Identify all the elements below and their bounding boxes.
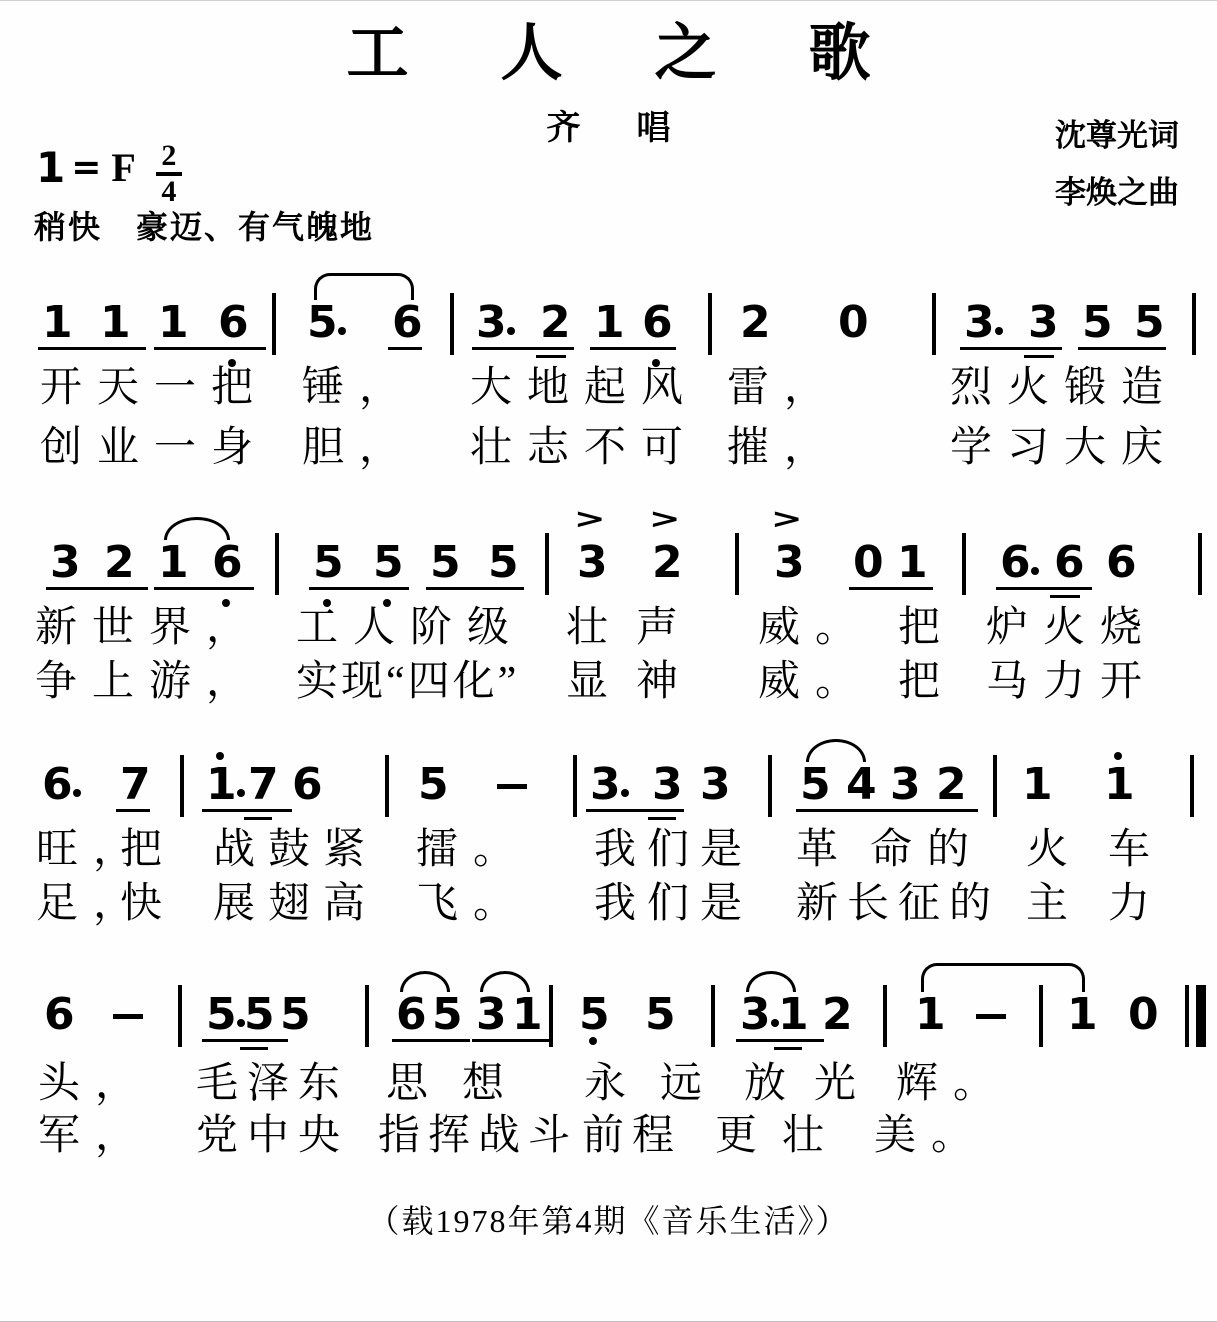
note-digit: 6 (1106, 541, 1137, 585)
barline (180, 755, 184, 817)
lyric-segment-verse2: 美。 (874, 1113, 988, 1159)
lyric-segment-verse1: 开天一把 (40, 365, 268, 411)
slur-tie-arc (164, 517, 230, 540)
note-digit: 2 (822, 993, 853, 1037)
final-barline-thick (1196, 985, 1206, 1047)
eighth-beam (1078, 347, 1166, 350)
note-digit: 3 (590, 763, 621, 807)
note-digit: 3 (577, 541, 608, 585)
note-digit: 2 (652, 541, 683, 585)
note-digit: 3 (774, 541, 805, 585)
note-digit: 6 (1054, 541, 1085, 585)
barline (1190, 755, 1194, 817)
barline (768, 755, 772, 817)
eighth-beam (796, 809, 886, 812)
note-digit: 6 (218, 301, 249, 345)
lyric-segment-verse2: 力 (1108, 881, 1165, 927)
barline (993, 755, 997, 817)
sixteenth-beam (1050, 595, 1080, 598)
note-digit: 1 (594, 301, 625, 345)
lyric-segment-verse1: 工人阶级 (296, 605, 524, 651)
lyric-segment-verse1: 烈火锻造 (950, 365, 1178, 411)
lyric-segment-verse2: 实现“四化” (296, 659, 519, 705)
eighth-beam (154, 347, 266, 350)
key-signature: 1 = F 2 4 (36, 147, 182, 207)
duration-dash (113, 1014, 143, 1019)
note-digit: 3 (476, 301, 507, 345)
slur-tie-arc (806, 739, 866, 762)
lyric-segment-verse2: 壮志不可 (470, 425, 698, 471)
note-digit: 1 (1022, 763, 1053, 807)
lyric-segment-verse2: 指挥战斗 (378, 1113, 578, 1159)
note-digit: 6 (396, 993, 427, 1037)
key-note-letter: F (111, 147, 135, 189)
lyric-segment-verse1: 壮 (566, 605, 623, 651)
lyric-segment-verse2: 把 (898, 659, 955, 705)
note-digit: 3 (700, 763, 731, 807)
barline (932, 293, 936, 355)
barline (1039, 985, 1043, 1047)
sixteenth-beam (774, 1047, 802, 1050)
final-barline-thin (1185, 985, 1189, 1047)
duration-dash (976, 1014, 1006, 1019)
slur-tie-arc (480, 971, 530, 992)
eighth-beam (736, 1039, 824, 1042)
barline (883, 985, 887, 1047)
lyric-segment-verse2: 胆， (302, 425, 416, 471)
note-digit: 5 (488, 541, 519, 585)
lyric-segment-verse2: 学习大庆 (950, 425, 1178, 471)
note-digit: 1 (100, 301, 131, 345)
note-digit: 2 (936, 763, 967, 807)
note-digit: 3 (740, 993, 771, 1037)
note-digit: 6 (292, 763, 323, 807)
note-digit: 1 (42, 301, 73, 345)
eighth-beam (202, 1039, 288, 1042)
lyric-segment-verse2: 马力开 (986, 659, 1157, 705)
tempo-marking: 稍快 豪迈、有气魄地 (34, 209, 374, 245)
note-digit: 7 (120, 763, 151, 807)
note-digit: 5 (418, 763, 449, 807)
lyric-segment-verse1: 擂。 (416, 827, 530, 873)
eighth-beam (586, 809, 684, 812)
note-digit: 6 (42, 763, 73, 807)
eighth-beam (590, 347, 676, 350)
barline (275, 533, 279, 595)
slur-tie-arc (921, 963, 1085, 992)
note-digit: 1 (1067, 993, 1098, 1037)
augmentation-dot (507, 327, 515, 335)
eighth-beam (202, 809, 292, 812)
note-digit: 1 (158, 541, 189, 585)
note-digit: 3 (1028, 301, 1059, 345)
lyric-segment-verse1: 永 (584, 1061, 641, 1107)
lyric-segment-verse2: 飞。 (416, 881, 530, 927)
slur-tie-arc (746, 971, 796, 992)
sixteenth-beam (536, 355, 566, 358)
credits: 沈尊光词 李焕之曲 (1055, 119, 1179, 233)
lyric-segment-verse1: 把 (120, 827, 177, 873)
note-digit: 5 (244, 993, 275, 1037)
eighth-beam (996, 587, 1092, 590)
song-title: 工人之歌 (0, 21, 1217, 85)
note-digit: 5 (307, 301, 338, 345)
rest-digit: 0 (853, 541, 884, 585)
lyric-segment-verse2: 摧， (727, 425, 841, 471)
barline (708, 293, 712, 355)
eighth-beam (472, 347, 574, 350)
performance-mode-label: 齐唱 (0, 111, 1217, 147)
note-digit: 1 (897, 541, 928, 585)
augmentation-dot (237, 789, 245, 797)
rest-digit: 0 (1128, 993, 1159, 1037)
lyric-segment-verse1: 想 (462, 1061, 519, 1107)
augmentation-dot (621, 789, 629, 797)
subtitle-character: 唱 (637, 111, 671, 147)
note-digit: 1 (158, 301, 189, 345)
barline (735, 533, 739, 595)
eighth-beam (426, 587, 524, 590)
lyric-segment-verse1: 辉。 (896, 1061, 1010, 1107)
barline (1192, 293, 1196, 355)
eighth-beam (388, 347, 422, 350)
lyricist-credit: 沈尊光词 (1055, 119, 1179, 152)
lyric-segment-verse2: 党中央 (196, 1113, 349, 1159)
note-digit: 3 (50, 541, 81, 585)
note-digit: 7 (248, 763, 279, 807)
note-digit: 1 (512, 993, 543, 1037)
lyric-segment-verse1: 炉火烧 (986, 605, 1157, 651)
lyric-segment-verse1: 毛泽东 (196, 1061, 349, 1107)
title-character: 工 (346, 21, 408, 85)
lyric-segment-verse1: 放 (744, 1061, 801, 1107)
slur-tie-arc (400, 971, 450, 992)
lyric-segment-verse1: 战鼓紧 (213, 827, 378, 873)
note-digit: 5 (373, 541, 404, 585)
note-digit: 6 (212, 541, 243, 585)
duration-dash (497, 784, 527, 789)
lyric-segment-verse1: 锤， (302, 365, 416, 411)
augmentation-dot (73, 789, 81, 797)
note-digit: 3 (476, 993, 507, 1037)
note-digit: 1 (915, 993, 946, 1037)
lyric-segment-verse2: 主 (1026, 881, 1083, 927)
lyric-segment-verse2: 更 (715, 1113, 772, 1159)
eighth-beam (38, 347, 146, 350)
note-digit: 5 (280, 993, 311, 1037)
eighth-beam (154, 587, 254, 590)
lyric-segment-verse1: 大地起风 (470, 365, 698, 411)
augmentation-dot (338, 327, 346, 335)
title-character: 歌 (809, 21, 871, 85)
note-digit: 5 (1082, 301, 1113, 345)
note-digit: 5 (645, 993, 676, 1037)
lyric-segment-verse2: 我们是 (594, 881, 753, 927)
barline (1198, 533, 1202, 595)
note-digit: 5 (579, 993, 610, 1037)
note-digit: 6 (1000, 541, 1031, 585)
barline (573, 755, 577, 817)
equals-sign: = (71, 147, 101, 189)
key-do-digit: 1 (36, 147, 65, 189)
lyric-segment-verse1: 我们是 (594, 827, 753, 873)
note-digit: 1 (206, 763, 237, 807)
eighth-beam (472, 1039, 550, 1042)
octave-dot-high (216, 752, 224, 760)
note-digit: 6 (44, 993, 75, 1037)
barline (962, 533, 966, 595)
lyric-segment-verse1: 光 (814, 1061, 871, 1107)
note-digit: 3 (964, 301, 995, 345)
accent-mark: > (649, 505, 681, 533)
time-signature: 2 4 (156, 141, 182, 207)
note-digit: 5 (800, 763, 831, 807)
subtitle-character: 齐 (547, 111, 581, 147)
lyric-segment-verse1: 火 (1026, 827, 1083, 873)
lyric-segment-verse2: 前程 (582, 1113, 682, 1159)
lyric-segment-verse1: 头， (38, 1061, 152, 1107)
eighth-beam (886, 809, 978, 812)
title-character: 之 (655, 21, 717, 85)
lyric-segment-verse1: 威。 (758, 605, 872, 651)
lyric-segment-verse2: 军， (38, 1113, 152, 1159)
sixteenth-beam (648, 817, 676, 820)
octave-dot-high (1114, 752, 1122, 760)
barline (385, 755, 389, 817)
note-digit: 4 (846, 763, 877, 807)
eighth-beam (116, 809, 150, 812)
note-digit: 5 (432, 993, 463, 1037)
lyric-segment-verse1: 声 (636, 605, 693, 651)
barline (549, 985, 553, 1047)
barline (178, 985, 182, 1047)
note-digit: 6 (392, 301, 423, 345)
note-digit: 2 (104, 541, 135, 585)
lyric-segment-verse1: 命的 (870, 827, 984, 873)
lyric-segment-verse2: 快 (120, 881, 177, 927)
lyric-segment-verse2: 神 (636, 659, 693, 705)
note-digit: 6 (642, 301, 673, 345)
composer-credit: 李焕之曲 (1055, 176, 1179, 209)
sixteenth-beam (240, 1047, 268, 1050)
barline (365, 985, 369, 1047)
sheet-music-page: 工人之歌 齐唱 沈尊光词 李焕之曲 1 = F 2 4 稍快 豪迈、有气魄地 1… (0, 0, 1217, 1322)
lyric-segment-verse1: 革 (796, 827, 853, 873)
note-digit: 2 (740, 301, 771, 345)
sixteenth-beam (244, 817, 272, 820)
note-digit: 1 (1104, 763, 1135, 807)
barline (272, 293, 276, 355)
note-digit: 3 (652, 763, 683, 807)
meter-numerator: 2 (161, 141, 176, 171)
sixteenth-beam (1024, 355, 1054, 358)
title-character: 人 (500, 21, 562, 85)
lyric-segment-verse2: 威。 (758, 659, 872, 705)
eighth-beam (849, 587, 933, 590)
lyric-segment-verse1: 思 (386, 1061, 443, 1107)
accent-mark: > (771, 505, 803, 533)
barline (711, 985, 715, 1047)
lyric-segment-verse2: 壮 (782, 1113, 839, 1159)
lyric-segment-verse2: 显 (566, 659, 623, 705)
lyric-segment-verse1: 新世界， (35, 605, 263, 651)
note-digit: 5 (313, 541, 344, 585)
note-digit: 5 (1134, 301, 1165, 345)
note-digit: 2 (540, 301, 571, 345)
rest-digit: 0 (838, 301, 869, 345)
lyric-segment-verse1: 远 (660, 1061, 717, 1107)
eighth-beam (960, 347, 1062, 350)
lyric-segment-verse1: 车 (1108, 827, 1165, 873)
note-digit: 1 (778, 993, 809, 1037)
augmentation-dot (995, 327, 1003, 335)
lyric-segment-verse2: 新长征的 (796, 881, 1000, 927)
accent-mark: > (574, 505, 606, 533)
barline (545, 533, 549, 595)
note-digit: 5 (430, 541, 461, 585)
note-digit: 3 (890, 763, 921, 807)
barline (450, 293, 454, 355)
lyric-segment-verse1: 雷， (727, 365, 841, 411)
note-digit: 5 (206, 993, 237, 1037)
source-caption: （载1978年第4期《音乐生活》） (0, 1203, 1217, 1239)
eighth-beam (309, 587, 409, 590)
lyric-segment-verse2: 展翅高 (213, 881, 378, 927)
meter-denominator: 4 (161, 177, 176, 207)
slur-tie-arc (314, 273, 414, 300)
lyric-segment-verse1: 把 (898, 605, 955, 651)
eighth-beam (392, 1039, 470, 1042)
octave-dot-low (589, 1037, 597, 1045)
eighth-beam (46, 587, 148, 590)
lyric-segment-verse2: 创业一身 (40, 425, 268, 471)
lyric-segment-verse2: 争上游， (35, 659, 263, 705)
augmentation-dot (1031, 567, 1039, 575)
